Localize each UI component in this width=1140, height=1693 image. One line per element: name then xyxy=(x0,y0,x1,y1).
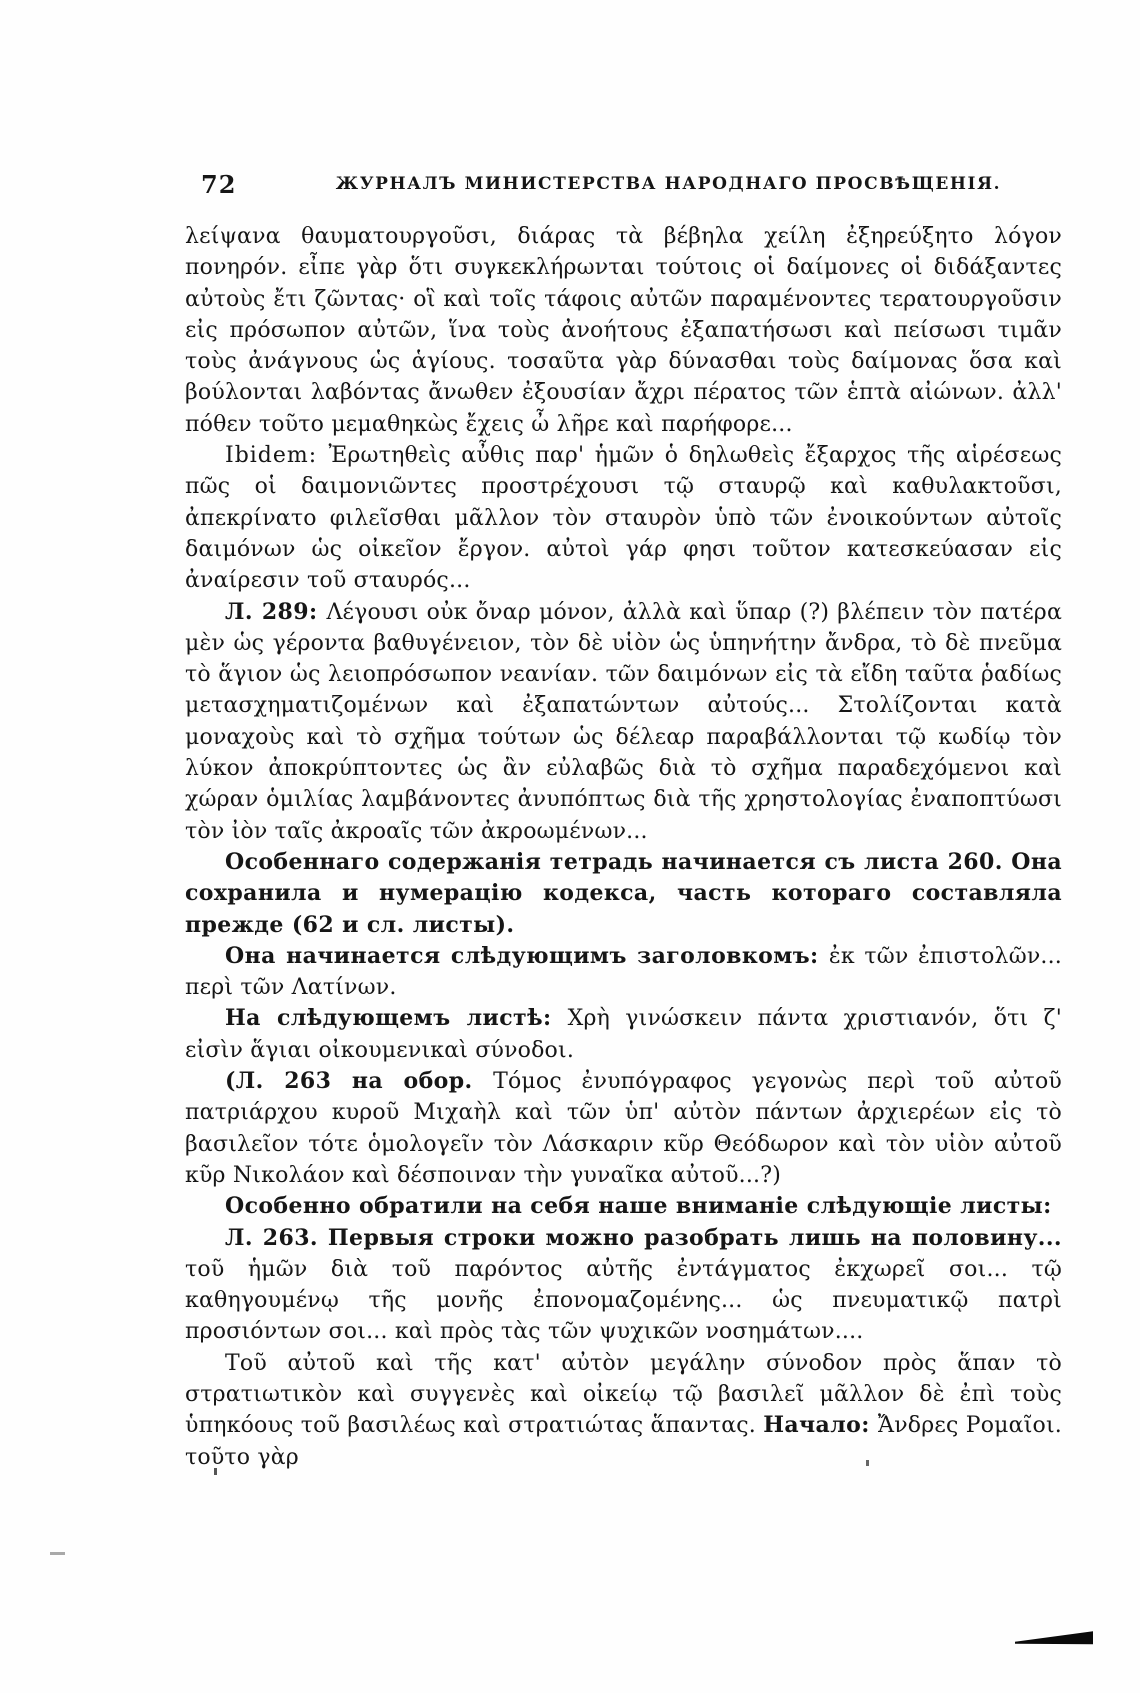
russian-note-text: Особенно обратили на себя наше вниманіе … xyxy=(225,1193,1052,1219)
journal-header-title: ЖУРНАЛЪ МИНИСТЕРСТВА НАРОДНАГО ПРОСВѢЩЕН… xyxy=(275,174,1062,194)
russian-note-text: На слѣдующемъ листѣ: xyxy=(225,1005,568,1031)
russian-note-text: Особеннаго содержанія тетрадь начинается… xyxy=(185,849,1062,938)
scan-artifact-speck xyxy=(866,1460,869,1466)
body-paragraph: Ibidem: Ἐρωτηθεὶς αὖθις παρ' ἡμῶν ὁ δηλω… xyxy=(185,440,1062,596)
scanned-book-page: 72 ЖУРНАЛЪ МИНИСТЕРСТВА НАРОДНАГО ПРОСВѢ… xyxy=(0,0,1140,1693)
body-paragraph: На слѣдующемъ листѣ: Χρὴ γινώσκειν πάντα… xyxy=(185,1003,1062,1066)
body-paragraph: Она начинается слѣдующимъ заголовкомъ: ἐ… xyxy=(185,941,1062,1004)
page-body-text: λείψανα θαυματουργοῦσι, διάρας τὰ βέβηλα… xyxy=(185,221,1062,1473)
page-number: 72 xyxy=(201,170,236,199)
folio-reference: Л. 263. Первыя строки можно разобрать ли… xyxy=(225,1225,1062,1251)
greek-text: τοῦ ἡμῶν διὰ τοῦ παρόντος αὐτῆς ἐντάγματ… xyxy=(185,1257,1062,1345)
greek-text: Λέγουσι οὐκ ὄναρ μόνον, ἀλλὰ καὶ ὕπαρ (?… xyxy=(185,600,1062,844)
russian-note-text: Начало: xyxy=(763,1412,878,1438)
body-paragraph: Особенно обратили на себя наше вниманіе … xyxy=(185,1191,1062,1222)
body-paragraph: λείψανα θαυματουργοῦσι, διάρας τὰ βέβηλα… xyxy=(185,221,1062,440)
body-paragraph: Τοῦ αὐτοῦ καὶ τῆς κατ' αὐτὸν μεγάλην σύν… xyxy=(185,1348,1062,1473)
scan-artifact-margin-dash xyxy=(50,1552,65,1555)
greek-text: λείψανα θαυματουργοῦσι, διάρας τὰ βέβηλα… xyxy=(185,224,1062,437)
body-paragraph: Особеннаго содержанія тетрадь начинается… xyxy=(185,847,1062,941)
body-paragraph: (Л. 263 на обор. Τόμος ἐνυπόγραφος γεγον… xyxy=(185,1066,1062,1191)
scan-artifact-corner-mark xyxy=(1015,1630,1093,1645)
scan-artifact-speck xyxy=(214,1468,217,1475)
body-paragraph: Л. 289: Λέγουσι οὐκ ὄναρ μόνον, ἀλλὰ καὶ… xyxy=(185,597,1062,847)
russian-note-text: Она начинается слѣдующимъ заголовкомъ: xyxy=(225,943,829,969)
running-head: 72 ЖУРНАЛЪ МИНИСТЕРСТВА НАРОДНАГО ПРОСВѢ… xyxy=(185,170,1062,204)
folio-reference: (Л. 263 на обор. xyxy=(225,1068,493,1094)
latin-citation-label: Ibidem: xyxy=(225,443,328,468)
folio-reference: Л. 289: xyxy=(225,599,326,625)
body-paragraph: Л. 263. Первыя строки можно разобрать ли… xyxy=(185,1223,1062,1348)
